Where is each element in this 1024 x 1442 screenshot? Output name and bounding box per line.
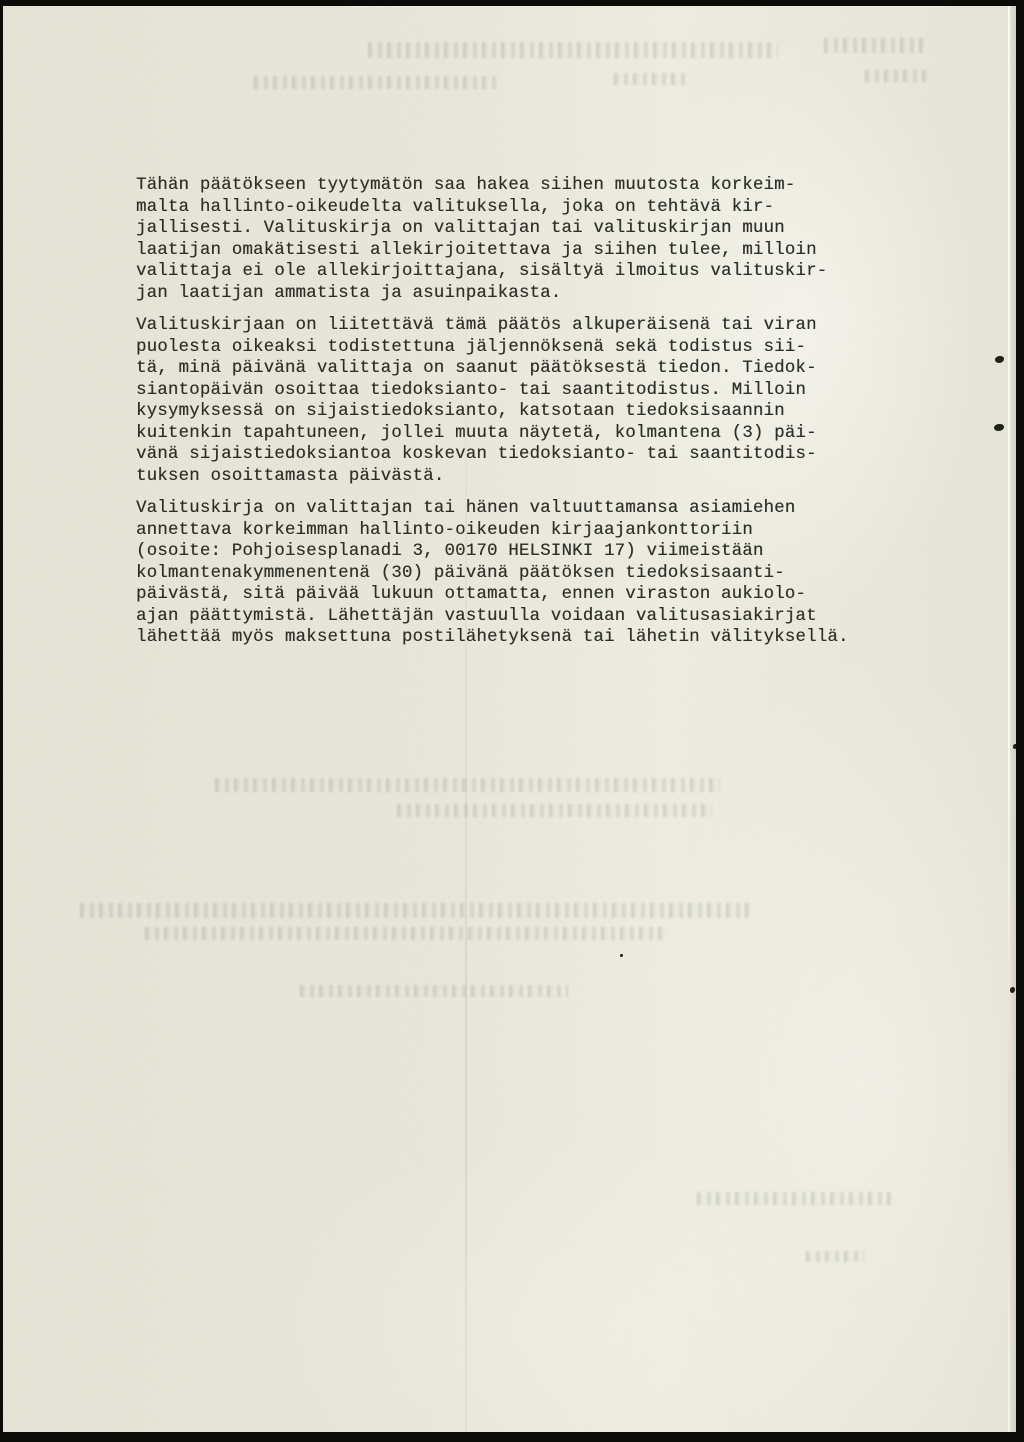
document-page: Tähän päätökseen tyytymätön saa hakea si… (3, 6, 1016, 1432)
text-line: ajan päättymistä. Lähettäjän vastuulla v… (136, 606, 898, 628)
bleedthrough-smudge (145, 927, 665, 940)
paragraph-attachments: Valituskirjaan on liitettävä tämä päätös… (136, 315, 898, 487)
paragraph-submission: Valituskirja on valittajan tai hänen val… (136, 498, 898, 649)
text-line: annettava korkeimman hallinto-oikeuden k… (136, 520, 898, 542)
document-body-text: Tähän päätökseen tyytymätön saa hakea si… (136, 175, 898, 660)
text-line: Valituskirja on valittajan tai hänen val… (136, 498, 898, 520)
text-line: tä, minä päivänä valittaja on saanut pää… (136, 358, 898, 380)
bleedthrough-smudge (614, 73, 688, 85)
text-line: päivästä, sitä päivää lukuun ottamatta, … (136, 584, 898, 606)
bleedthrough-smudge (300, 985, 568, 997)
text-line: kuitenkin tapahtuneen, jollei muuta näyt… (136, 423, 898, 445)
bleedthrough-smudge (215, 778, 720, 792)
bleedthrough-smudge (697, 1192, 892, 1205)
text-line: vänä sijaistiedoksiantoa koskevan tiedok… (136, 444, 898, 466)
text-line: valittaja ei ole allekirjoittajana, sisä… (136, 261, 898, 283)
ink-speck (1013, 744, 1016, 749)
text-line: jallisesti. Valituskirja on valittajan t… (136, 218, 898, 240)
bleedthrough-smudge (824, 38, 924, 53)
paragraph-appeal-right: Tähän päätökseen tyytymätön saa hakea si… (136, 175, 898, 304)
text-line: kolmantenakymmenentenä (30) päivänä päät… (136, 563, 898, 585)
bleedthrough-smudge (865, 70, 929, 82)
text-line: malta hallinto-oikeudelta valituksella, … (136, 197, 898, 219)
text-line: Tähän päätökseen tyytymätön saa hakea si… (136, 175, 898, 197)
text-line: lähettää myös maksettuna postilähetyksen… (136, 627, 898, 649)
text-line: Valituskirjaan on liitettävä tämä päätös… (136, 315, 898, 337)
bleedthrough-smudge (80, 903, 750, 918)
paper-edge-highlight (1008, 6, 1010, 1432)
text-line: laatijan omakätisesti allekirjoitettava … (136, 240, 898, 262)
ink-speck (620, 954, 623, 957)
ink-speck (995, 356, 1004, 363)
text-line: jan laatijan ammatista ja asuinpaikasta. (136, 283, 898, 305)
scan-background: Tähän päätökseen tyytymätön saa hakea si… (0, 0, 1024, 1442)
text-line: (osoite: Pohjoisesplanadi 3, 00170 HELSI… (136, 541, 898, 563)
bleedthrough-smudge (806, 1251, 864, 1262)
text-line: puolesta oikeaksi todistettuna jäljennök… (136, 337, 898, 359)
bleedthrough-smudge (397, 804, 712, 817)
text-line: siantopäivän osoittaa tiedoksianto- tai … (136, 380, 898, 402)
ink-speck (994, 424, 1004, 431)
text-line: kysymyksessä on sijaistiedoksianto, kats… (136, 401, 898, 423)
bleedthrough-smudge (254, 76, 496, 89)
bleedthrough-smudge (368, 42, 778, 58)
paper-right-shading (1009, 6, 1016, 1432)
text-line: tuksen osoittamasta päivästä. (136, 466, 898, 488)
